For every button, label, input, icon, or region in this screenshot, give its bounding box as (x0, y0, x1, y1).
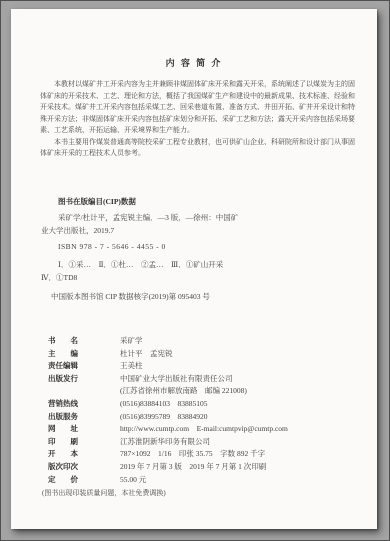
colophon-label: 印 刷 (48, 436, 104, 449)
colophon-value: 55.00 元 (120, 474, 146, 487)
colophon-value: (0516)83884103 83885105 (120, 398, 208, 411)
colophon-label: 出版服务 (48, 411, 104, 424)
colophon-label (48, 385, 104, 398)
colophon-value: 王美柱 (120, 360, 143, 373)
colophon-value: 江苏淮阴新华印务有限公司 (120, 436, 210, 449)
colophon-value: 杜计平 孟宪锐 (120, 348, 173, 361)
colophon-row-publisher-address: (江苏省徐州市解放南路 邮编 221008) (48, 385, 353, 398)
colophon-value: (0516)83995789 83884920 (120, 411, 208, 424)
book-copyright-page: 内 容 简 介 本教材以煤矿井工开采内容为主并兼顾非煤固体矿床开采和露天开采，系… (11, 9, 377, 529)
colophon-row-marketing-hotline: 营销热线 (0516)83884103 83885105 (48, 398, 353, 411)
cip-heading: 图书在版编目(CIP)数据 (58, 195, 349, 208)
cip-title-line-1: 采矿学/杜计平，孟宪锐主编．—3 版．—徐州：中国矿 (58, 211, 349, 224)
cip-classification-line-2: Ⅳ．①TD8 (41, 271, 349, 284)
colophon-label: 营销热线 (48, 398, 104, 411)
colophon-row-responsible-editor: 责任编辑 王美柱 (48, 360, 353, 373)
colophon-label: 主 编 (48, 348, 104, 361)
colophon-label: 责任编辑 (48, 360, 104, 373)
colophon-label: 版次印次 (48, 461, 104, 474)
colophon-label: 网 址 (48, 423, 104, 436)
intro-title: 内 容 简 介 (11, 56, 377, 69)
cip-title-line-2: 业大学出版社，2019.7 (41, 224, 349, 237)
colophon-value: (江苏省徐州市解放南路 邮编 221008) (120, 385, 247, 398)
cip-classification-line-1: Ⅰ．①采… Ⅱ．①杜… ②孟… Ⅲ．①矿山开采 (58, 258, 349, 271)
colophon-row-printer: 印 刷 江苏淮阴新华印务有限公司 (48, 436, 353, 449)
intro-paragraph-2: 本书主要用作煤炭普通高等院校采矿工程专业教材，也可供矿山企业、科研院所和设计部门… (40, 137, 355, 160)
cip-isbn: ISBN 978 - 7 - 5646 - 4455 - 0 (58, 240, 349, 253)
colophon-row-publishing-service: 出版服务 (0516)83995789 83884920 (48, 411, 353, 424)
cip-section: 图书在版编目(CIP)数据 采矿学/杜计平，孟宪锐主编．—3 版．—徐州：中国矿… (41, 195, 349, 303)
colophon-row-format: 开 本 787×1092 1/16 印张 35.75 字数 892 千字 (48, 448, 353, 461)
colophon-label: 出版发行 (48, 373, 104, 386)
intro-section: 本教材以煤矿井工开采内容为主并兼顾非煤固体矿床开采和露天开采，系统阐述了以煤炭为… (40, 79, 355, 160)
colophon-label: 开 本 (48, 448, 104, 461)
colophon-label: 定 价 (48, 474, 104, 487)
colophon-value: 采矿学 (120, 335, 143, 348)
colophon-value: 2019 年 7 月第 3 版 2019 年 7 月第 1 次印刷 (120, 461, 266, 474)
colophon-value: http://www.cumtp.com E-mail:cumtpvip@cum… (120, 423, 288, 436)
colophon-row-edition: 版次印次 2019 年 7 月第 3 版 2019 年 7 月第 1 次印刷 (48, 461, 353, 474)
colophon-label: 书 名 (48, 335, 104, 348)
colophon-row-editors: 主 编 杜计平 孟宪锐 (48, 348, 353, 361)
intro-paragraph-1: 本教材以煤矿井工开采内容为主并兼顾非煤固体矿床开采和露天开采，系统阐述了以煤炭为… (40, 79, 355, 137)
quality-replacement-note: (图书出现印装质量问题，本社免费调换) (42, 487, 353, 500)
cip-record-number: 中国版本图书馆 CIP 数据核字(2019)第 095403 号 (51, 290, 349, 303)
colophon-value: 787×1092 1/16 印张 35.75 字数 892 千字 (120, 448, 265, 461)
colophon-section: 书 名 采矿学 主 编 杜计平 孟宪锐 责任编辑 王美柱 出版发行 中国矿业大学… (48, 335, 353, 500)
colophon-row-publisher: 出版发行 中国矿业大学出版社有限责任公司 (48, 373, 353, 386)
colophon-row-website: 网 址 http://www.cumtp.com E-mail:cumtpvip… (48, 423, 353, 436)
colophon-row-title: 书 名 采矿学 (48, 335, 353, 348)
colophon-value: 中国矿业大学出版社有限责任公司 (120, 373, 233, 386)
colophon-row-price: 定 价 55.00 元 (48, 474, 353, 487)
